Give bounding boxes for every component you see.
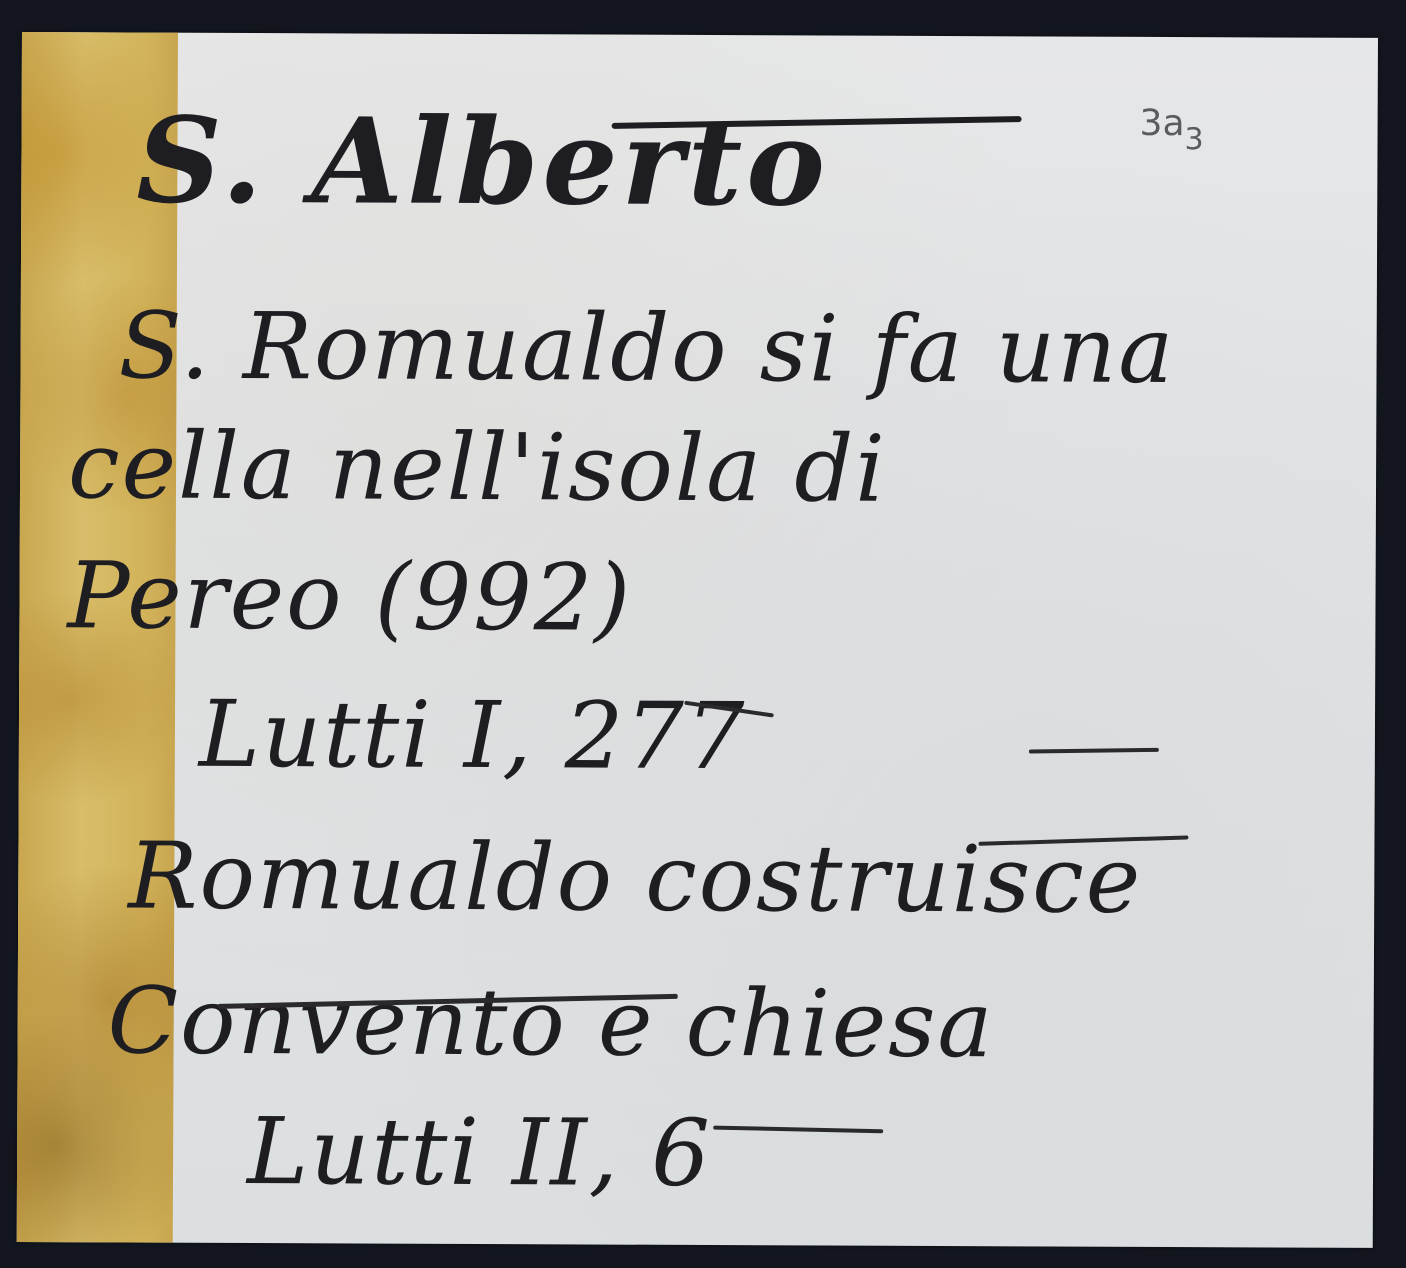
text-line-5: Romualdo costruisce [128, 822, 1142, 933]
text-line-3: Pereo (992) [67, 542, 632, 651]
citation-line-1: Lutti I, 277 [199, 681, 747, 790]
text-line-6: Convento e chiesa [107, 967, 994, 1078]
text-line-2: cella nell'isola di [68, 412, 887, 523]
seven-crossbar [1029, 748, 1159, 754]
catalog-mark-sub: 3 [1184, 122, 1203, 157]
numeral-crossbar [713, 1126, 883, 1134]
catalog-mark-main: 3a [1140, 103, 1185, 144]
note-card: S. Alberto 3a3 S. Romualdo si fa una cel… [17, 32, 1378, 1248]
citation-line-2: Lutti II, 6 [247, 1098, 712, 1207]
card-title: S. Alberto [136, 91, 829, 233]
text-line-1: S. Romualdo si fa una [118, 292, 1175, 404]
catalog-mark: 3a3 [1139, 103, 1203, 157]
